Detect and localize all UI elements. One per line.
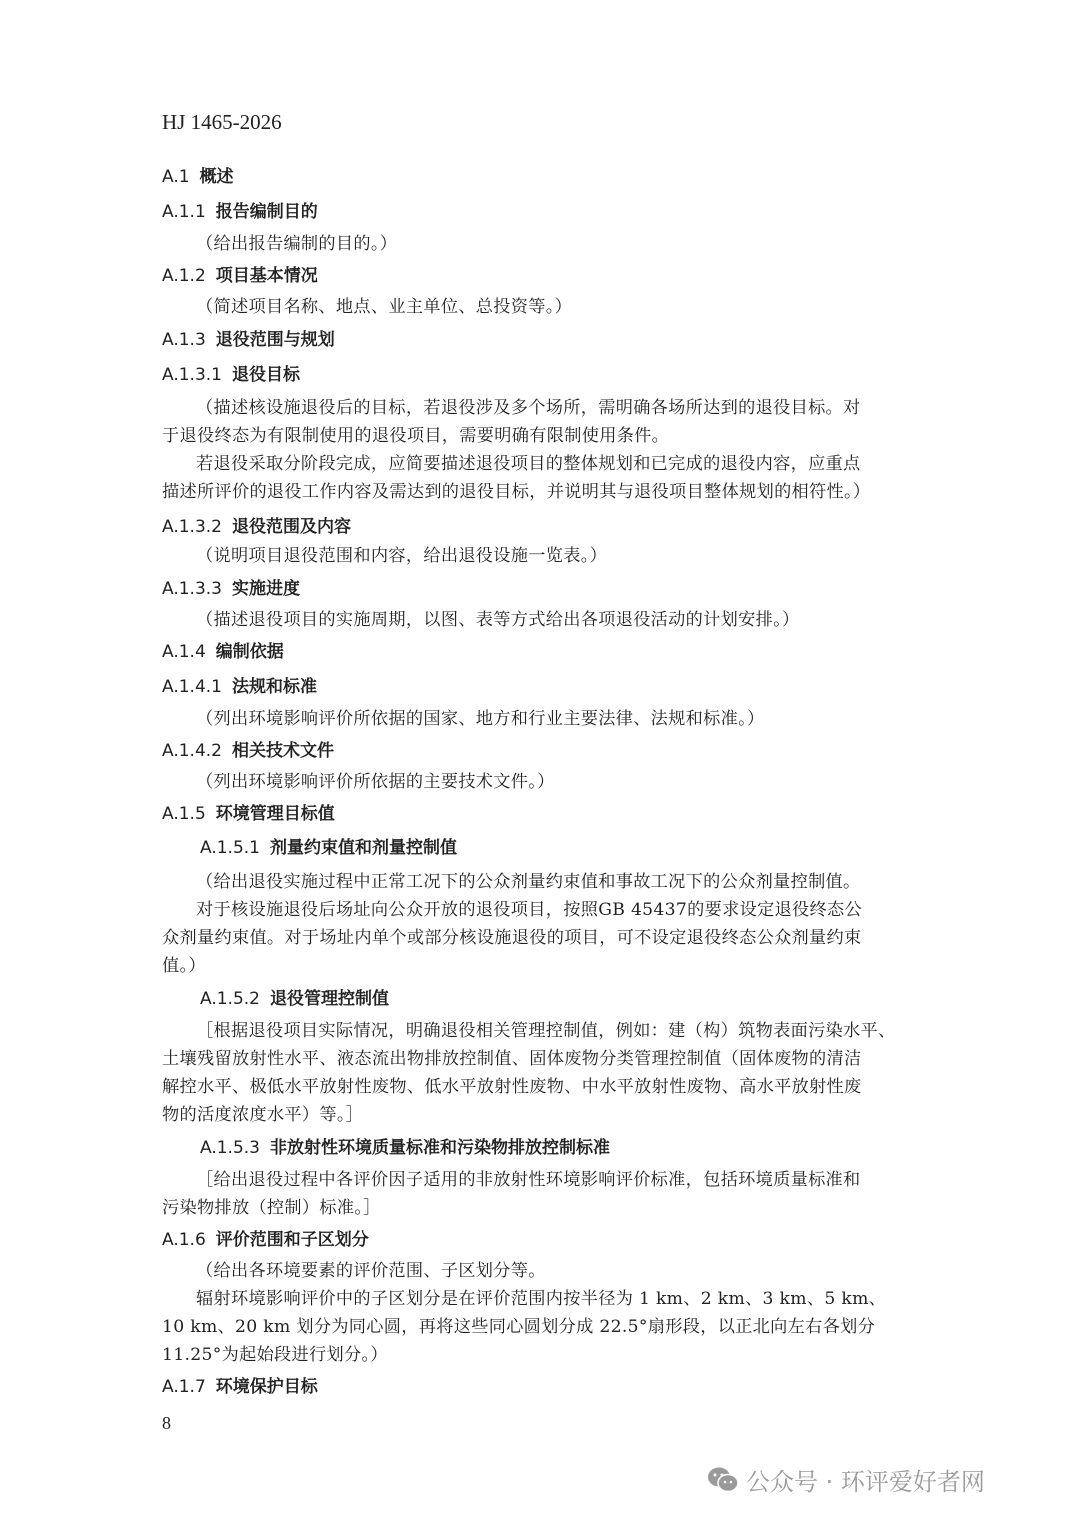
paragraph-line: （给出退役实施过程中正常工况下的公众剂量约束值和事故工况下的公众剂量控制值。 bbox=[196, 867, 861, 892]
standard-id: HJ 1465-2026 bbox=[162, 110, 282, 135]
paragraph-line: 值。） bbox=[162, 951, 206, 976]
paragraph-line: 污染物排放（控制）标准。］ bbox=[162, 1193, 381, 1218]
section-heading: A.1.5.2退役管理控制值 bbox=[200, 984, 389, 1009]
paragraph-line: ［给出退役过程中各评价因子适用的非放射性环境影响评价标准，包括环境质量标准和 bbox=[196, 1165, 861, 1190]
section-heading: A.1.4编制依据 bbox=[162, 637, 284, 662]
section-heading: A.1.6评价范围和子区划分 bbox=[162, 1225, 369, 1250]
paragraph-line: 描述所评价的退役工作内容及需达到的退役目标，并说明其与退役项目整体规划的相符性。… bbox=[162, 477, 870, 502]
section-number: A.1.3 bbox=[162, 330, 206, 350]
section-number: A.1.5.1 bbox=[200, 838, 260, 858]
section-heading: A.1.5.3非放射性环境质量标准和污染物排放控制标准 bbox=[200, 1133, 610, 1158]
section-heading: A.1.5环境管理目标值 bbox=[162, 799, 335, 824]
paragraph-line: （描述核设施退役后的目标，若退役涉及多个场所，需明确各场所达到的退役目标。对 bbox=[196, 393, 861, 418]
section-heading: A.1.5.1剂量约束值和剂量控制值 bbox=[200, 833, 457, 858]
watermark: 公众号 · 环评爱好者网 bbox=[706, 1462, 985, 1497]
paragraph-line: 物的活度浓度水平）等。］ bbox=[162, 1100, 363, 1125]
section-heading: A.1.4.1法规和标准 bbox=[162, 672, 317, 697]
section-heading: A.1.1报告编制目的 bbox=[162, 197, 318, 222]
section-heading: A.1.3.1退役目标 bbox=[162, 360, 300, 385]
section-number: A.1.5 bbox=[162, 804, 206, 824]
section-heading: A.1.3.2退役范围及内容 bbox=[162, 512, 351, 537]
section-title: 编制依据 bbox=[216, 642, 284, 662]
section-title: 剂量约束值和剂量控制值 bbox=[270, 838, 457, 858]
wechat-icon bbox=[706, 1465, 740, 1495]
paragraph-line: （给出报告编制的目的。） bbox=[196, 229, 397, 254]
paragraph-line: 解控水平、极低水平放射性废物、低水平放射性废物、中水平放射性废物、高水平放射性废 bbox=[162, 1072, 862, 1097]
section-number: A.1.6 bbox=[162, 1230, 206, 1250]
paragraph-line: （列出环境影响评价所依据的国家、地方和行业主要法律、法规和标准。） bbox=[196, 704, 765, 729]
paragraph-line: 对于核设施退役后场址向公众开放的退役项目，按照GB 45437的要求设定退役终态… bbox=[196, 895, 862, 920]
paragraph-line: （简述项目名称、地点、业主单位、总投资等。） bbox=[196, 292, 572, 317]
section-title: 报告编制目的 bbox=[216, 202, 318, 222]
section-title: 退役范围与规划 bbox=[216, 330, 335, 350]
section-title: 概述 bbox=[200, 167, 234, 187]
section-number: A.1.1 bbox=[162, 202, 206, 222]
section-heading: A.1.2项目基本情况 bbox=[162, 261, 318, 286]
section-title: 环境保护目标 bbox=[216, 1377, 318, 1397]
page-number: 8 bbox=[162, 1413, 171, 1434]
section-title: 项目基本情况 bbox=[216, 266, 318, 286]
section-title: 退役目标 bbox=[232, 365, 300, 385]
section-title: 实施进度 bbox=[232, 579, 300, 599]
section-title: 法规和标准 bbox=[232, 677, 317, 697]
paragraph-line: （说明项目退役范围和内容，给出退役设施一览表。） bbox=[196, 541, 607, 566]
paragraph-line: 若退役采取分阶段完成，应简要描述退役项目的整体规划和已完成的退役内容，应重点 bbox=[196, 449, 861, 474]
paragraph-line: ［根据退役项目实际情况，明确退役相关管理控制值，例如：建（构）筑物表面污染水平、 bbox=[196, 1016, 896, 1041]
section-title: 退役范围及内容 bbox=[232, 517, 351, 537]
section-number: A.1.4.2 bbox=[162, 741, 222, 761]
section-number: A.1.2 bbox=[162, 266, 206, 286]
section-heading: A.1.7环境保护目标 bbox=[162, 1372, 318, 1397]
section-title: 非放射性环境质量标准和污染物排放控制标准 bbox=[270, 1138, 610, 1158]
section-title: 相关技术文件 bbox=[232, 741, 334, 761]
section-title: 评价范围和子区划分 bbox=[216, 1230, 369, 1250]
section-number: A.1.3.2 bbox=[162, 517, 222, 537]
section-title: 环境管理目标值 bbox=[216, 804, 335, 824]
section-number: A.1.3.1 bbox=[162, 365, 222, 385]
section-title: 退役管理控制值 bbox=[270, 989, 389, 1009]
watermark-text: 公众号 · 环评爱好者网 bbox=[746, 1462, 985, 1497]
section-number: A.1.3.3 bbox=[162, 579, 222, 599]
section-number: A.1.4 bbox=[162, 642, 206, 662]
section-heading: A.1.4.2相关技术文件 bbox=[162, 736, 334, 761]
paragraph-line: （描述退役项目的实施周期，以图、表等方式给出各项退役活动的计划安排。） bbox=[196, 605, 799, 630]
paragraph-line: （给出各环境要素的评价范围、子区划分等。 bbox=[196, 1256, 546, 1281]
paragraph-line: 众剂量约束值。对于场址内单个或部分核设施退役的项目，可不设定退役终态公众剂量约束 bbox=[162, 923, 862, 948]
section-number: A.1 bbox=[162, 167, 190, 187]
section-number: A.1.4.1 bbox=[162, 677, 222, 697]
section-heading: A.1.3退役范围与规划 bbox=[162, 325, 335, 350]
section-number: A.1.7 bbox=[162, 1377, 206, 1397]
section-number: A.1.5.2 bbox=[200, 989, 260, 1009]
paragraph-line: 10 km、20 km 划分为同心圆，再将这些同心圆划分成 22.5°扇形段，以… bbox=[162, 1312, 875, 1337]
paragraph-line: 辐射环境影响评价中的子区划分是在评价范围内按半径为 1 km、2 km、3 km… bbox=[196, 1284, 886, 1309]
paragraph-line: 土壤残留放射性水平、液态流出物排放控制值、固体废物分类管理控制值（固体废物的清洁 bbox=[162, 1044, 862, 1069]
paragraph-line: 11.25°为起始段进行划分。） bbox=[162, 1340, 388, 1365]
section-number: A.1.5.3 bbox=[200, 1138, 260, 1158]
section-heading: A.1.3.3实施进度 bbox=[162, 574, 300, 599]
paragraph-line: （列出环境影响评价所依据的主要技术文件。） bbox=[196, 767, 555, 792]
section-heading: A.1概述 bbox=[162, 162, 234, 187]
paragraph-line: 于退役终态为有限制使用的退役项目，需要明确有限制使用条件。 bbox=[162, 421, 669, 446]
